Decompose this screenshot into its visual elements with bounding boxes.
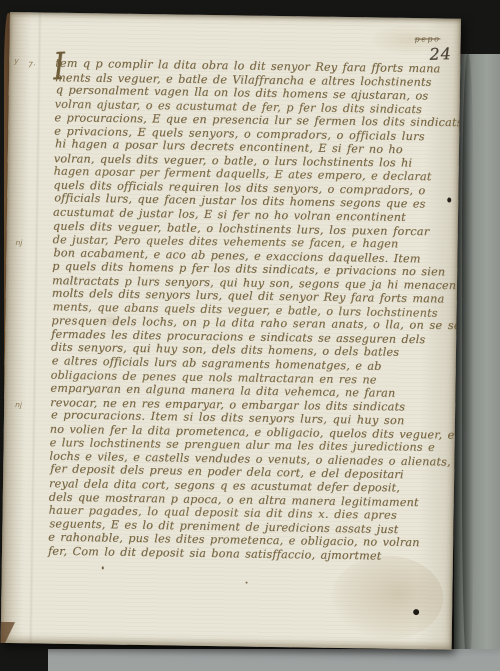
page-corner-damage (1, 622, 27, 644)
ink-speck (246, 582, 248, 584)
wormhole-dot (413, 609, 419, 615)
manuscript-page: pepo 24 y 7· nj nj I tem q p complir la … (1, 12, 461, 650)
margin-mark: 7· (28, 60, 35, 69)
manuscript-lines: tem q p complir la dita obra lo dit seny… (48, 57, 458, 564)
wormhole-dot (447, 198, 451, 203)
stain-bottom-right (331, 555, 444, 641)
struck-annotation: pepo (415, 34, 461, 44)
manuscript-scan: pepo 24 y 7· nj nj I tem q p complir la … (0, 0, 500, 671)
margin-mark: nj (16, 238, 23, 247)
folio-number: 24 (429, 44, 452, 64)
paper-crease (29, 12, 42, 643)
margin-mark: nj (15, 400, 22, 409)
margin-mark: y (14, 56, 19, 65)
book-cradle-cloth-right (454, 54, 500, 671)
ink-speck (102, 566, 104, 569)
book-cradle-cloth-bottom (48, 649, 500, 671)
manuscript-text: I tem q p complir la dita obra lo dit se… (48, 57, 458, 564)
